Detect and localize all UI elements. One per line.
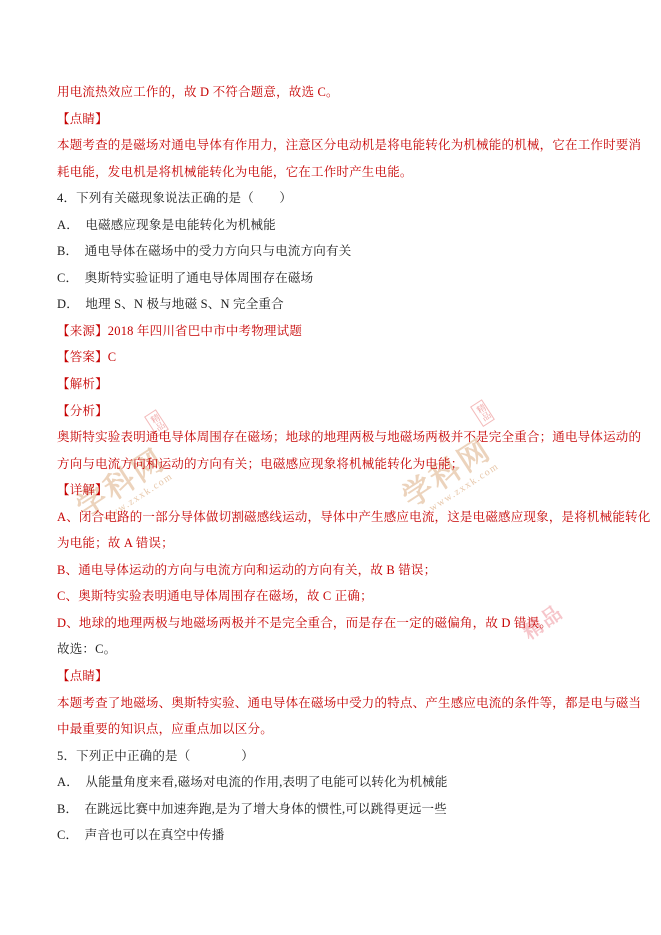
text-line: 本题考查了地磁场、奥斯特实验、通电导体在磁场中受力的特点、产生感应电流的条件等，…	[57, 690, 661, 717]
document-page: 用电流热效应工作的，故 D 不符合题意，故选 C。 【点睛】 本题考查的是磁场对…	[57, 79, 661, 849]
text-line: 为电能；故 A 错误；	[57, 530, 661, 557]
text-line: 耗电能，发电机是将机械能转化为电能，它在工作时产生电能。	[57, 159, 661, 186]
text-line: 方向与电流方向和运动的方向有关；电磁感应现象将机械能转化为电能；	[57, 451, 661, 478]
text-line: B． 通电导体在磁场中的受力方向只与电流方向有关	[57, 238, 661, 265]
text-line: 5．下列正中正确的是（ ）	[57, 743, 661, 770]
text-line: 奥斯特实验表明通电导体周围存在磁场；地球的地理两极与地磁场两极并不是完全重合；通…	[57, 424, 661, 451]
text-line: D、地球的地理两极与地磁场两极并不是完全重合，而是存在一定的磁偏角，故 D 错误…	[57, 610, 661, 637]
text-line: B． 在跳远比赛中加速奔跑,是为了增大身体的惯性,可以跳得更远一些	[57, 796, 661, 823]
text-line: 4．下列有关磁现象说法正确的是（ ）	[57, 185, 661, 212]
text-line: A、闭合电路的一部分导体做切割磁感线运动，导体中产生感应电流，这是电磁感应现象，…	[57, 504, 661, 531]
text-line: 中最重要的知识点，应重点加以区分。	[57, 716, 661, 743]
text-line: 【详解】	[57, 477, 661, 504]
text-line: D． 地理 S、N 极与地磁 S、N 完全重合	[57, 291, 661, 318]
text-line: 用电流热效应工作的，故 D 不符合题意，故选 C。	[57, 79, 661, 106]
text-line: B、通电导体运动的方向与电流方向和运动的方向有关，故 B 错误；	[57, 557, 661, 584]
text-line: 【点睛】	[57, 106, 661, 133]
text-line: 【分析】	[57, 398, 661, 425]
text-line: 本题考查的是磁场对通电导体有作用力，注意区分电动机是将电能转化为机械能的机械，它…	[57, 132, 661, 159]
text-line: 【点睛】	[57, 663, 661, 690]
text-line: 【来源】2018 年四川省巴中市中考物理试题	[57, 318, 661, 345]
text-line: C． 声音也可以在真空中传播	[57, 822, 661, 849]
text-line: C． 奥斯特实验证明了通电导体周围存在磁场	[57, 265, 661, 292]
text-line: C、奥斯特实验表明通电导体周围存在磁场，故 C 正确；	[57, 583, 661, 610]
text-line: 【答案】C	[57, 344, 661, 371]
text-line: A． 从能量角度来看,磁场对电流的作用,表明了电能可以转化为机械能	[57, 769, 661, 796]
text-line: A． 电磁感应现象是电能转化为机械能	[57, 212, 661, 239]
text-line: 【解析】	[57, 371, 661, 398]
text-line: 故选：C。	[57, 636, 661, 663]
